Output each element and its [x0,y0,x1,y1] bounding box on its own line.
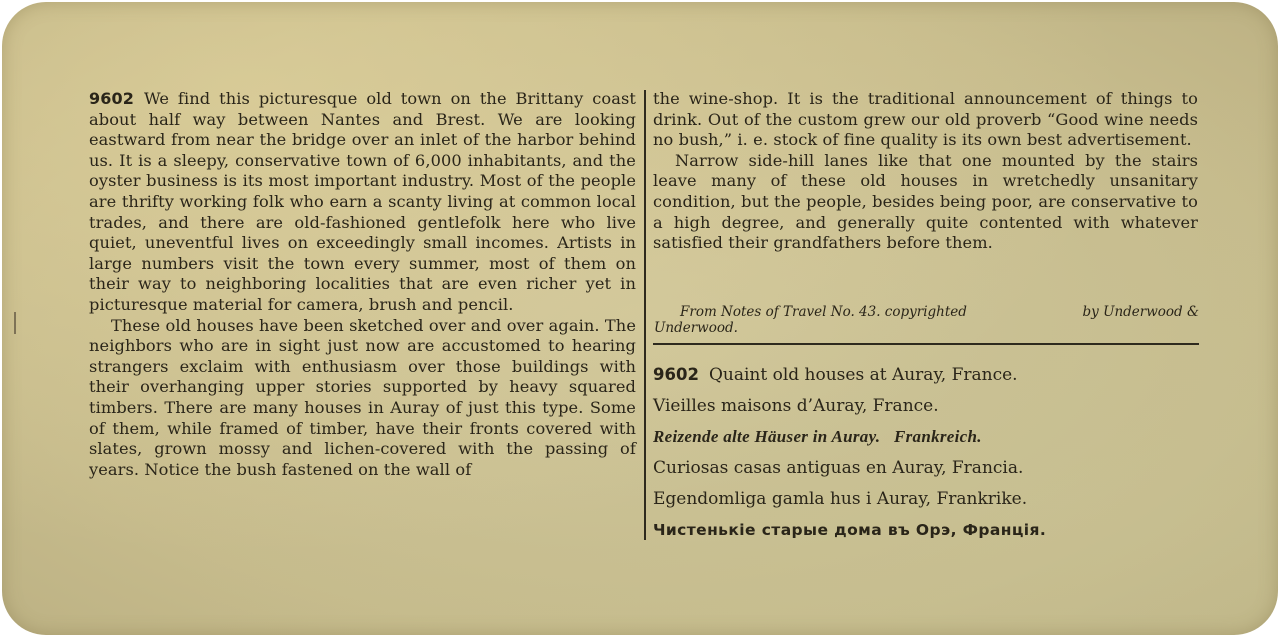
title-english-text: Quaint old houses at Auray, France. [709,365,1018,385]
title-number: 9602 [653,365,699,384]
title-swedish: Egendomliga gamla hus i Auray, Frankrike… [653,486,1198,517]
column-divider [644,90,646,540]
description-paragraph-3: the wine-shop. It is the traditional ann… [653,89,1198,151]
credit-publisher-continued: Underwood. [654,320,1199,336]
left-text-column: 9602We find this picturesque old town on… [89,89,636,480]
title-french: Vieilles maisons d’Auray, France. [653,393,1198,424]
card-blemish [14,312,16,334]
multilingual-titles: 9602Quaint old houses at Auray, France. … [653,362,1198,548]
title-spanish: Curiosas casas antiguas en Auray, Franci… [653,455,1198,486]
description-paragraph-1: 9602We find this picturesque old town on… [89,89,636,316]
description-paragraph-2: These old houses have been sketched over… [89,316,636,481]
paragraph-text: We find this picturesque old town on the… [89,89,636,314]
card-number: 9602 [89,89,134,108]
right-text-column: the wine-shop. It is the traditional ann… [653,89,1198,254]
credit-publisher: by Underwood & [1083,304,1199,320]
title-russian: Чистенькіе старые дома въ Орэ, Франція. [653,517,1198,548]
title-german: Reizende alte Häuser in Auray. Frankreic… [653,424,1198,455]
copyright-credit: From Notes of Travel No. 43. copyrighted… [654,304,1199,336]
credit-source: From Notes of Travel No. 43. copyrighted [680,304,967,320]
description-paragraph-4: Narrow side-hill lanes like that one mou… [653,151,1198,254]
section-rule [653,343,1199,345]
title-english: 9602Quaint old houses at Auray, France. [653,362,1198,393]
